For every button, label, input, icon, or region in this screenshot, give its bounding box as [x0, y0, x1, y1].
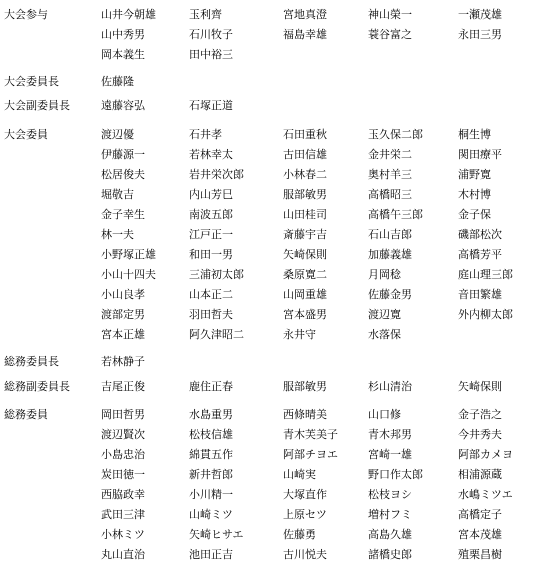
member-name: 福島幸雄	[283, 28, 368, 42]
roster-row: 山中秀男石川牧子福島幸雄蓑谷富之永田三男	[0, 28, 533, 48]
roster-row: 西脇政幸小川精一大塚直作松枝ヨシ水嶋ミツエ	[0, 488, 533, 508]
roster-section: 大会委員長佐藤隆	[0, 75, 533, 95]
member-name: 野口作太郎	[368, 468, 458, 482]
member-name: 小山十四夫	[101, 268, 189, 282]
member-roster-page: 大会参与山井今朝雄玉利齊宮地真澄神山榮一一瀬茂雄山中秀男石川牧子福島幸雄蓑谷富之…	[0, 8, 533, 564]
member-name: 青木芙美子	[283, 428, 368, 442]
member-roster: 大会参与山井今朝雄玉利齊宮地真澄神山榮一一瀬茂雄山中秀男石川牧子福島幸雄蓑谷富之…	[0, 8, 533, 564]
member-name: 宮本盛男	[283, 308, 368, 322]
member-name: 宮地真澄	[283, 8, 368, 22]
member-name: 武田三津	[101, 508, 189, 522]
member-name: 小林ミツ	[101, 528, 189, 542]
member-name: 山田桂司	[283, 208, 368, 222]
member-name: 浦野寛	[458, 168, 529, 182]
member-name: 石井孝	[189, 128, 283, 142]
member-name: 佐藤金男	[368, 288, 458, 302]
member-name: 金子幸生	[101, 208, 189, 222]
member-name: 月岡稔	[368, 268, 458, 282]
member-name: 矢崎ヒサエ	[189, 528, 283, 542]
member-name: 石田重秋	[283, 128, 368, 142]
member-name: 池田正吉	[189, 548, 283, 562]
roster-section: 総務委員長若林静子	[0, 355, 533, 375]
member-name: 松枝ヨシ	[368, 488, 458, 502]
section-label: 総務副委員長	[0, 380, 101, 394]
roster-row: 伊藤源一若林幸太古田信雄金井栄二関田療平	[0, 148, 533, 168]
member-name: 阿部チヨエ	[283, 448, 368, 462]
roster-row: 丸山直治池田正吉古川悦夫諸橋史郎殖栗昌樹	[0, 548, 533, 564]
member-name: 高島久雄	[368, 528, 458, 542]
member-name: 青木邦男	[368, 428, 458, 442]
member-name: 佐藤勇	[283, 528, 368, 542]
member-name: 神山榮一	[368, 8, 458, 22]
roster-row: 武田三津山崎ミツ上原セツ増村フミ高橋定子	[0, 508, 533, 528]
section-label: 大会委員	[0, 128, 101, 142]
member-name: 永田三男	[458, 28, 529, 42]
member-name: 金子浩之	[458, 408, 529, 422]
roster-row: 松居俊夫岩井栄次郎小林春二奥村羊三浦野寛	[0, 168, 533, 188]
member-name: 堀敬吉	[101, 188, 189, 202]
member-name: 石川牧子	[189, 28, 283, 42]
member-name: 渡辺寛	[368, 308, 458, 322]
member-name: 宮崎一雄	[368, 448, 458, 462]
section-label: 大会副委員長	[0, 99, 101, 113]
roster-row: 総務委員長若林静子	[0, 355, 533, 375]
member-name: 関田療平	[458, 148, 529, 162]
roster-row: 宮本正雄阿久津昭二永井守水落保	[0, 328, 533, 348]
member-name: 宮本正雄	[101, 328, 189, 342]
roster-row: 金子幸生南波五郎山田桂司高橋午三郎金子保	[0, 208, 533, 228]
member-name: 斎藤宇吉	[283, 228, 368, 242]
member-name: 磯部松次	[458, 228, 529, 242]
member-name: 山中秀男	[101, 28, 189, 42]
member-name: 水落保	[368, 328, 458, 342]
member-name: 西脇政幸	[101, 488, 189, 502]
member-name: 大塚直作	[283, 488, 368, 502]
member-name: 増村フミ	[368, 508, 458, 522]
roster-row: 炭田徳一新井哲郎山崎実野口作太郎相浦源蔵	[0, 468, 533, 488]
roster-row: 渡辺賢次松枝信雄青木芙美子青木邦男今井秀夫	[0, 428, 533, 448]
member-name: 高橋芳平	[458, 248, 529, 262]
member-name: 水嶋ミツエ	[458, 488, 529, 502]
member-name: 蓑谷富之	[368, 28, 458, 42]
member-name: 一瀬茂雄	[458, 8, 529, 22]
member-name: 金子保	[458, 208, 529, 222]
member-name: 新井哲郎	[189, 468, 283, 482]
member-name: 山本正二	[189, 288, 283, 302]
member-name: 山口修	[368, 408, 458, 422]
member-name: 田中裕三	[189, 48, 283, 62]
member-name: 木村博	[458, 188, 529, 202]
member-name: 小林春二	[283, 168, 368, 182]
roster-row: 大会委員渡辺優石井孝石田重秋玉久保二郎桐生博	[0, 128, 533, 148]
member-name: 小島忠治	[101, 448, 189, 462]
member-name: 相浦源蔵	[458, 468, 529, 482]
member-name: 吉尾正俊	[101, 380, 189, 394]
member-name: 石塚正道	[189, 99, 283, 113]
roster-row: 大会参与山井今朝雄玉利齊宮地真澄神山榮一一瀬茂雄	[0, 8, 533, 28]
section-label: 大会参与	[0, 8, 101, 22]
member-name: 炭田徳一	[101, 468, 189, 482]
roster-row: 大会副委員長遠藤容弘石塚正道	[0, 99, 533, 119]
member-name: 渡辺優	[101, 128, 189, 142]
member-name: 高橋昭三	[368, 188, 458, 202]
roster-row: 総務副委員長吉尾正俊鹿住正春服部敏男杉山清治矢崎保則	[0, 380, 533, 400]
member-name: 高橋午三郎	[368, 208, 458, 222]
member-name: 佐藤隆	[101, 75, 189, 89]
member-name: 羽田哲夫	[189, 308, 283, 322]
roster-row: 小島忠治綿貫五作阿部チヨエ宮崎一雄阿部カメヨ	[0, 448, 533, 468]
member-name: 永井守	[283, 328, 368, 342]
member-name: 高橋定子	[458, 508, 529, 522]
member-name: 丸山直治	[101, 548, 189, 562]
member-name: 山井今朝雄	[101, 8, 189, 22]
member-name: 綿貫五作	[189, 448, 283, 462]
member-name: 岡田哲男	[101, 408, 189, 422]
member-name: 服部敏男	[283, 188, 368, 202]
member-name: 加藤義雄	[368, 248, 458, 262]
member-name: 阿部カメヨ	[458, 448, 529, 462]
roster-section: 総務副委員長吉尾正俊鹿住正春服部敏男杉山清治矢崎保則	[0, 380, 533, 400]
roster-row: 林一夫江戸正一斎藤宇吉石山吉郎磯部松次	[0, 228, 533, 248]
roster-section: 総務委員岡田哲男水島重男西條晴美山口修金子浩之渡辺賢次松枝信雄青木芙美子青木邦男…	[0, 408, 533, 564]
roster-row: 小山十四夫三浦初太郎桑原寛二月岡稔庭山理三郎	[0, 268, 533, 288]
member-name: 服部敏男	[283, 380, 368, 394]
member-name: 今井秀夫	[458, 428, 529, 442]
member-name: 玉久保二郎	[368, 128, 458, 142]
member-name: 岡本義生	[101, 48, 189, 62]
roster-row: 岡本義生田中裕三	[0, 48, 533, 68]
member-name: 林一夫	[101, 228, 189, 242]
member-name: 江戸正一	[189, 228, 283, 242]
roster-row: 総務委員岡田哲男水島重男西條晴美山口修金子浩之	[0, 408, 533, 428]
member-name: 小野塚正雄	[101, 248, 189, 262]
section-label: 総務委員長	[0, 355, 101, 369]
member-name: 奥村羊三	[368, 168, 458, 182]
member-name: 南波五郎	[189, 208, 283, 222]
member-name: 遠藤容弘	[101, 99, 189, 113]
member-name: 音田繁雄	[458, 288, 529, 302]
member-name: 阿久津昭二	[189, 328, 283, 342]
member-name: 矢崎保則	[458, 380, 529, 394]
roster-section: 大会副委員長遠藤容弘石塚正道	[0, 99, 533, 119]
member-name: 外内柳太郎	[458, 308, 529, 322]
roster-row: 渡部定男羽田哲夫宮本盛男渡辺寛外内柳太郎	[0, 308, 533, 328]
roster-row: 小林ミツ矢崎ヒサエ佐藤勇高島久雄宮本茂雄	[0, 528, 533, 548]
member-name: 鹿住正春	[189, 380, 283, 394]
member-name: 山岡重雄	[283, 288, 368, 302]
member-name: 古川悦夫	[283, 548, 368, 562]
member-name: 殖栗昌樹	[458, 548, 529, 562]
member-name: 桑原寛二	[283, 268, 368, 282]
roster-row: 小野塚正雄和田一男矢崎保則加藤義雄高橋芳平	[0, 248, 533, 268]
member-name: 若林静子	[101, 355, 189, 369]
roster-section: 大会参与山井今朝雄玉利齊宮地真澄神山榮一一瀬茂雄山中秀男石川牧子福島幸雄蓑谷富之…	[0, 8, 533, 68]
member-name: 若林幸太	[189, 148, 283, 162]
member-name: 小山良孝	[101, 288, 189, 302]
member-name: 石山吉郎	[368, 228, 458, 242]
member-name: 松枝信雄	[189, 428, 283, 442]
roster-section: 大会委員渡辺優石井孝石田重秋玉久保二郎桐生博伊藤源一若林幸太古田信雄金井栄二関田…	[0, 128, 533, 348]
member-name: 渡辺賢次	[101, 428, 189, 442]
member-name: 水島重男	[189, 408, 283, 422]
member-name: 山崎実	[283, 468, 368, 482]
member-name: 杉山清治	[368, 380, 458, 394]
member-name: 松居俊夫	[101, 168, 189, 182]
member-name: 庭山理三郎	[458, 268, 529, 282]
member-name: 西條晴美	[283, 408, 368, 422]
member-name: 岩井栄次郎	[189, 168, 283, 182]
member-name: 古田信雄	[283, 148, 368, 162]
member-name: 内山芳巳	[189, 188, 283, 202]
member-name: 山崎ミツ	[189, 508, 283, 522]
member-name: 伊藤源一	[101, 148, 189, 162]
member-name: 小川精一	[189, 488, 283, 502]
member-name: 玉利齊	[189, 8, 283, 22]
section-label: 大会委員長	[0, 75, 101, 89]
member-name: 諸橋史郎	[368, 548, 458, 562]
member-name: 矢崎保則	[283, 248, 368, 262]
member-name: 金井栄二	[368, 148, 458, 162]
member-name: 三浦初太郎	[189, 268, 283, 282]
roster-row: 大会委員長佐藤隆	[0, 75, 533, 95]
member-name: 和田一男	[189, 248, 283, 262]
member-name: 上原セツ	[283, 508, 368, 522]
member-name: 渡部定男	[101, 308, 189, 322]
member-name: 桐生博	[458, 128, 529, 142]
section-label: 総務委員	[0, 408, 101, 422]
roster-row: 小山良孝山本正二山岡重雄佐藤金男音田繁雄	[0, 288, 533, 308]
member-name: 宮本茂雄	[458, 528, 529, 542]
roster-row: 堀敬吉内山芳巳服部敏男高橋昭三木村博	[0, 188, 533, 208]
